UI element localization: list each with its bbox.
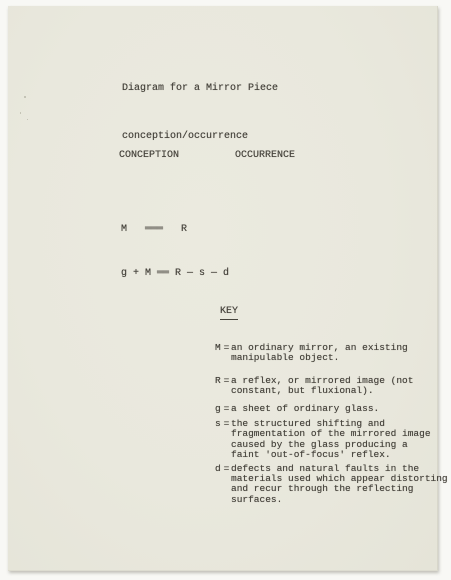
title-line-2: conception/occurrence xyxy=(122,129,278,145)
title-line-1: Diagram for a Mirror Piece xyxy=(122,81,278,97)
key-definition: the structured shifting and fragmentatio… xyxy=(231,419,431,461)
key-symbol: R xyxy=(215,376,222,386)
key-definition: a sheet of ordinary glass. xyxy=(231,404,379,414)
key-symbol: s xyxy=(215,419,222,429)
key-symbol: M xyxy=(215,343,222,353)
key-list: M = an ordinary mirror, an existing mani… xyxy=(215,343,451,505)
key-definition: an ordinary mirror, an existing manipula… xyxy=(231,343,408,364)
key-entry-mirror: M = an ordinary mirror, an existing mani… xyxy=(215,343,451,364)
formula-line-2: g + M ══ R — s — d xyxy=(121,267,229,282)
key-definition: a reflex, or mirrored image (not constan… xyxy=(231,376,413,397)
equals-sign: = xyxy=(222,464,231,474)
paper-speckle xyxy=(27,119,28,120)
column-header-occurrence: OCCURRENCE xyxy=(235,150,295,161)
paper-speckle xyxy=(24,96,26,98)
key-heading: KEY xyxy=(220,306,238,320)
scan-background: Diagram for a Mirror Piece conception/oc… xyxy=(0,0,451,580)
key-entry-defects: d = defects and natural faults in the ma… xyxy=(215,464,451,506)
equals-sign: = xyxy=(222,419,231,429)
equals-sign: = xyxy=(222,404,231,414)
paper-sheet: Diagram for a Mirror Piece conception/oc… xyxy=(8,6,438,571)
key-symbol: d xyxy=(215,464,222,474)
key-entry-shifting: s = the structured shifting and fragment… xyxy=(215,419,451,461)
paper-speckle xyxy=(20,112,21,114)
formula-line-1: M ═══ R xyxy=(121,223,229,238)
equals-sign: = xyxy=(222,343,231,353)
key-entry-glass: g = a sheet of ordinary glass. xyxy=(215,404,451,414)
diagram-formulas: M ═══ R g + M ══ R — s — d xyxy=(121,194,229,310)
key-definition: defects and natural faults in the materi… xyxy=(231,464,448,506)
key-symbol: g xyxy=(215,404,222,414)
column-header-conception: CONCEPTION xyxy=(119,150,179,161)
key-entry-reflex: R = a reflex, or mirrored image (not con… xyxy=(215,376,451,397)
equals-sign: = xyxy=(222,376,231,386)
